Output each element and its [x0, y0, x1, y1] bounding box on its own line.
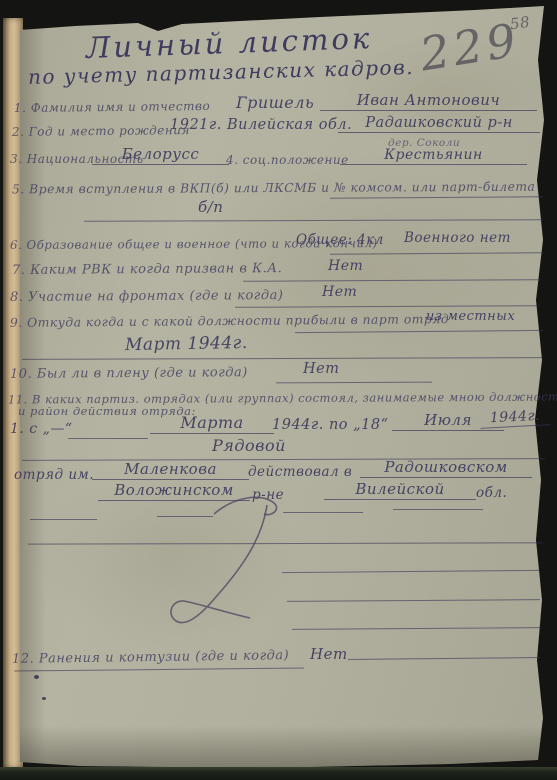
- field-6-value-military: Военного нет: [404, 230, 511, 246]
- field-2-value: 1921г. Вилейская обл.: [170, 117, 352, 133]
- field-11-period-prefix: 1. с „—“: [10, 421, 73, 437]
- field-11-district-label: р-не: [252, 487, 284, 503]
- field-11-period-year-to: 1944г.: [480, 407, 551, 429]
- field-2-district: Радашковский р-н: [338, 115, 540, 133]
- field-4-label: 4. соц.положение: [226, 153, 349, 167]
- field-11-acted-label: действовал в: [248, 464, 352, 480]
- blank-dash: [30, 519, 97, 520]
- field-5-value: б/п: [198, 198, 223, 216]
- field-5-label: 5. Время вступления в ВКП(б) или ЛКСМБ и…: [12, 180, 535, 197]
- field-6-value-general: Общее: 4кл: [296, 232, 384, 248]
- field-2-label: 2. Год и место рождения: [12, 123, 190, 139]
- field-3-value: Белорусс: [92, 145, 229, 165]
- field-9-value2: Март 1944г.: [125, 333, 248, 355]
- ink-blot: [34, 675, 39, 679]
- blank-dash: [393, 509, 483, 510]
- field-10-label: 10. Был ли в плену (где и когда): [10, 365, 248, 382]
- scanned-document: 229 58 Личный листок по учету партизанск…: [0, 0, 557, 780]
- archive-page-number-superscript: 58: [509, 13, 531, 34]
- ink-blot: [42, 697, 46, 700]
- field-8-label: 8. Участие на фронтах (где и когда): [10, 288, 283, 305]
- field-11-area1: Радошковском: [360, 458, 532, 478]
- field-7-label: 7. Каким РВК и когда призван в К.А.: [12, 261, 282, 278]
- field-11-oblast-label: обл.: [476, 485, 507, 501]
- blank-dash: [157, 516, 213, 517]
- field-7-value: Нет: [328, 258, 363, 274]
- field-1-surname: Гришель: [236, 93, 314, 112]
- field-11-detachment-name: Маленкова: [92, 460, 249, 480]
- field-9-value: из местных: [426, 309, 515, 324]
- field-11-area2: Воложинском: [98, 481, 250, 501]
- field-1-label: 1. Фамилия имя и отчество: [14, 99, 210, 115]
- field-11-detachment-label: отряд им.: [14, 467, 94, 483]
- field-10-value: Нет: [303, 361, 339, 377]
- field-4-value: Крестьянин: [340, 147, 527, 165]
- ruled-line: [68, 438, 148, 439]
- field-11-period-month-from: Марта: [150, 413, 274, 434]
- field-8-value: Нет: [322, 284, 357, 300]
- field-11-oblast: Вилейской: [324, 480, 476, 500]
- field-12-value: Нет: [310, 645, 348, 663]
- field-11-position: Рядовой: [212, 436, 286, 455]
- scan-bottom-edge: [0, 767, 557, 780]
- field-1-name-patronymic: Иван Антонович: [320, 91, 537, 111]
- blank-dash: [283, 512, 363, 513]
- field-11-period-middle: 1944г. по „18“: [272, 417, 389, 433]
